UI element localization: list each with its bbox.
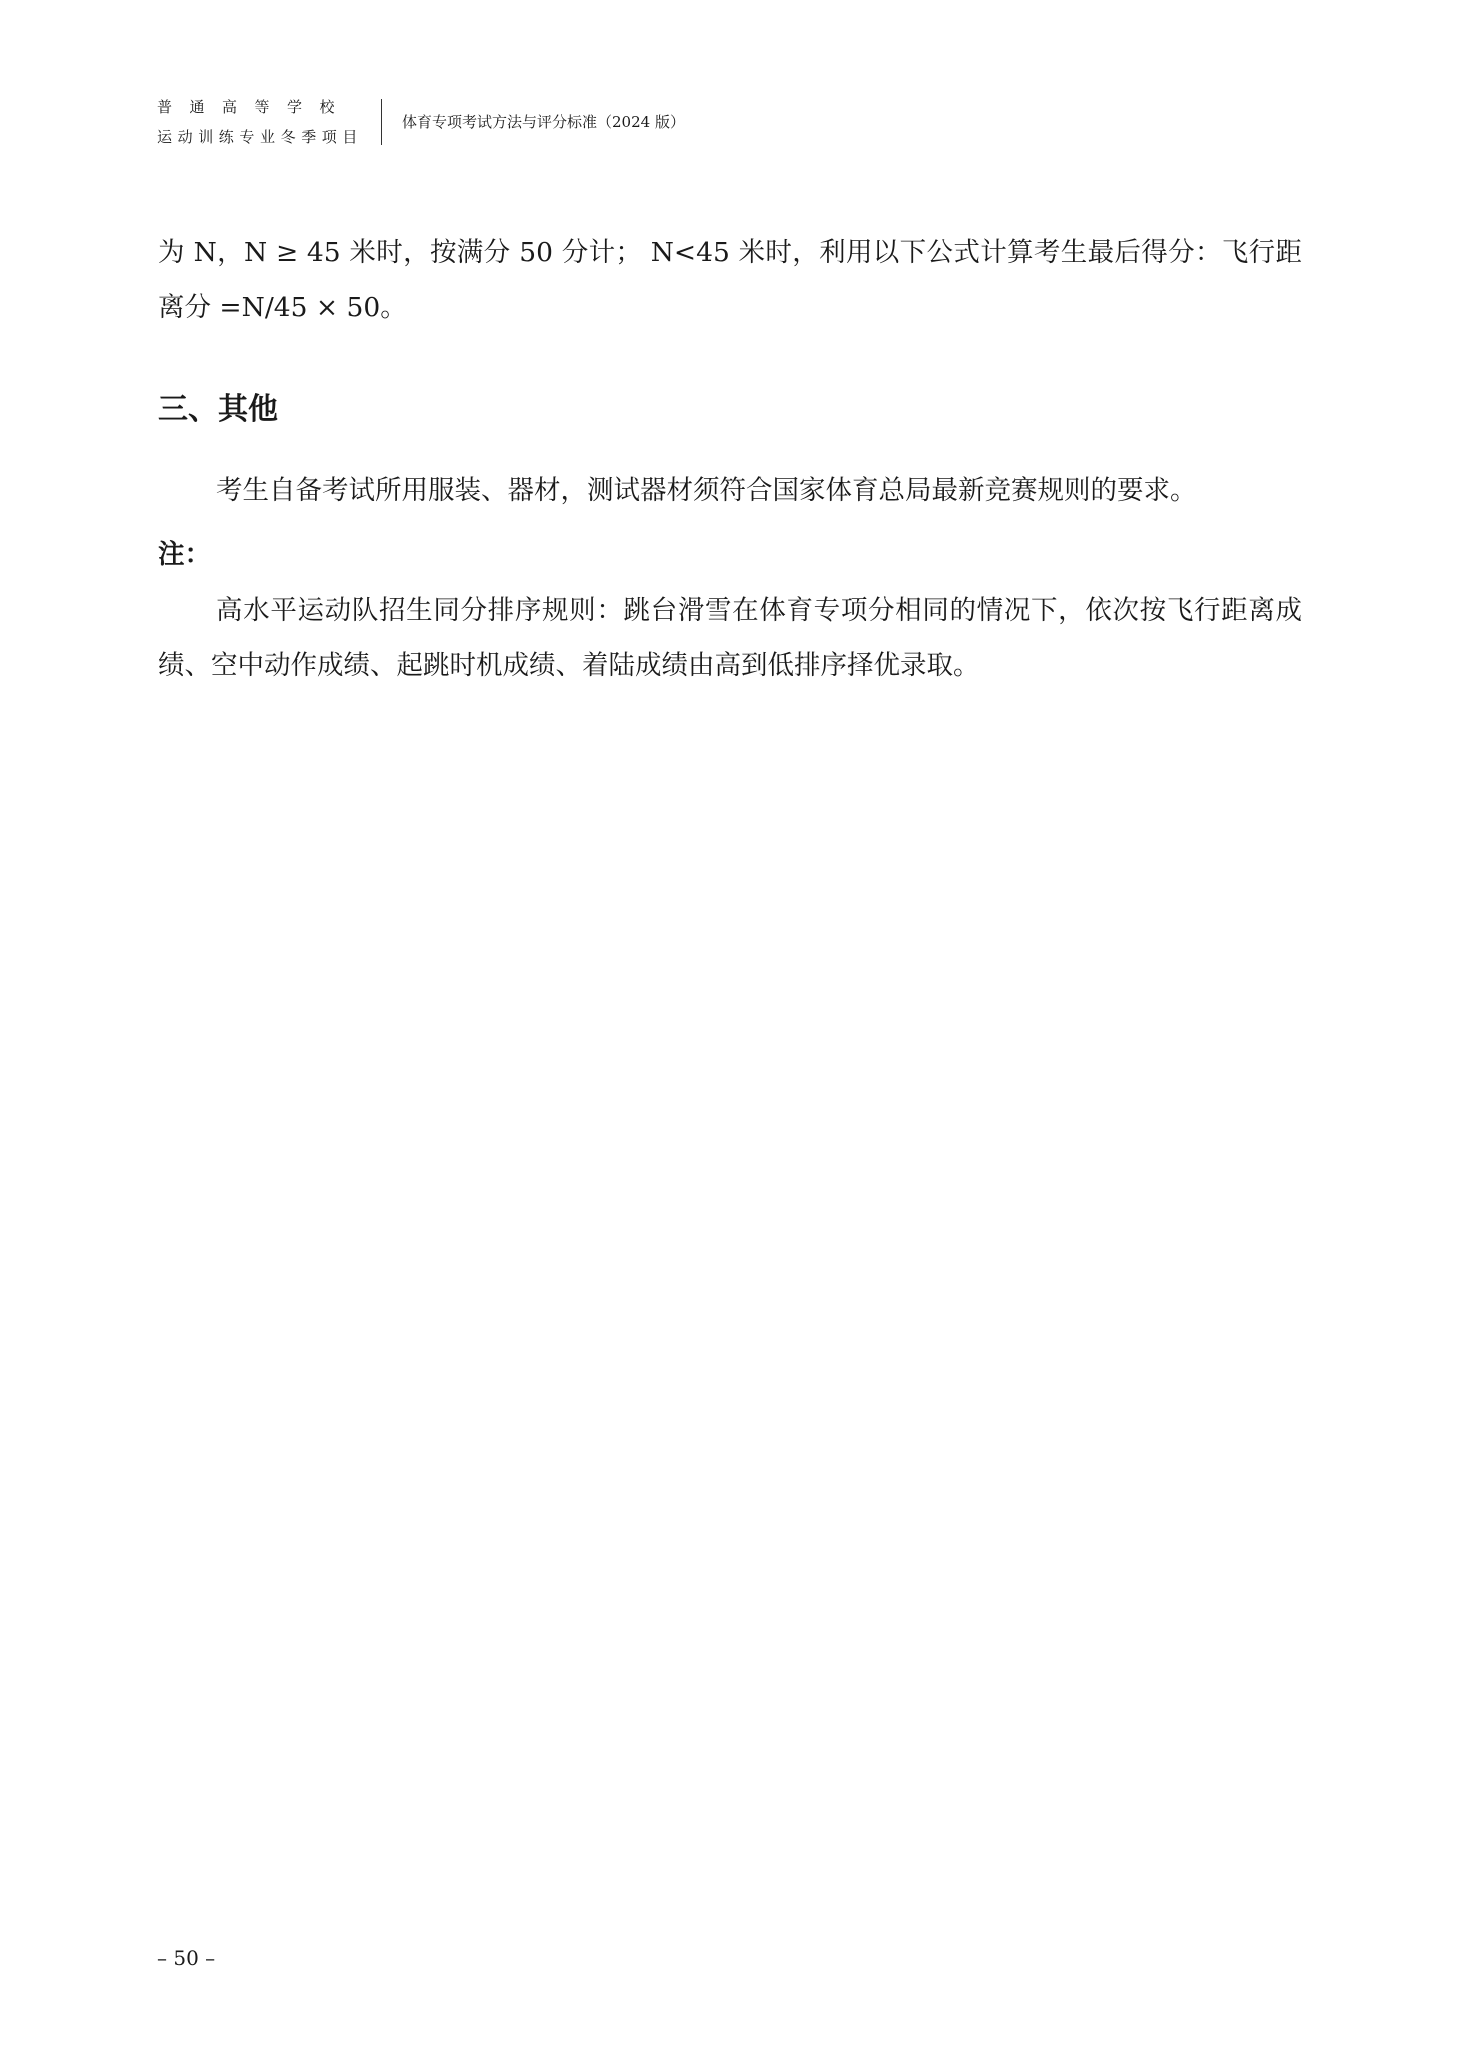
header-divider [381,99,382,145]
page-number: – 50 – [157,1946,215,1970]
header-program: 运动训练专业冬季项目 [157,128,363,146]
section-paragraph: 考生自备考试所用服装、器材，测试器材须符合国家体育总局最新竞赛规则的要求。 [158,463,1302,518]
note-paragraph: 高水平运动队招生同分排序规则：跳台滑雪在体育专项分相同的情况下，依次按飞行距离成… [158,583,1302,693]
running-header: 普通高等学校 运动训练专业冬季项目 体育专项考试方法与评分标准（2024 版） [157,97,685,147]
header-left-block: 普通高等学校 运动训练专业冬季项目 [157,98,363,146]
section-heading: 三、其他 [158,390,278,430]
header-document-title: 体育专项考试方法与评分标准（2024 版） [402,113,685,131]
continuation-paragraph: 为 N，N ≥ 45 米时，按满分 50 分计； N<45 米时，利用以下公式计… [158,225,1302,335]
header-school-type: 普通高等学校 [157,98,363,116]
note-label: 注： [158,535,211,575]
